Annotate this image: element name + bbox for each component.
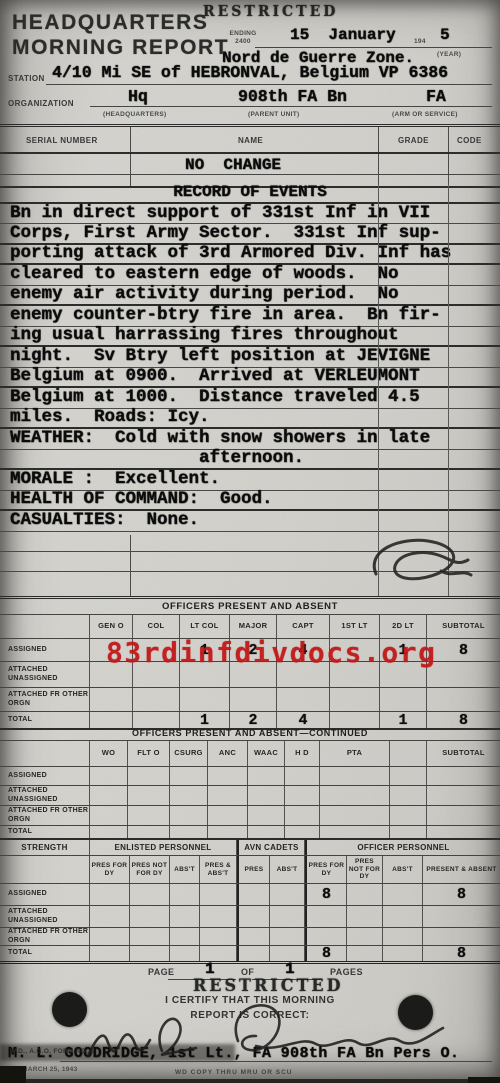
officers-continued-table: OFFICERS PRESENT AND ABSENT—CONTINUED WO… — [0, 727, 500, 840]
sub-parent-unit: (PARENT UNIT) — [248, 111, 299, 119]
officers-col: COL — [133, 615, 180, 638]
events-line: night. Sv Btry left position at JEVIGNE — [0, 347, 500, 368]
org-arm: FA — [426, 87, 446, 106]
officers-col: MAJOR — [230, 615, 277, 638]
events-blank-row — [0, 572, 500, 592]
scan-bottom-edge — [0, 1079, 500, 1083]
report-date: 15 January — [290, 26, 396, 44]
officers-col: GEN O — [90, 615, 133, 638]
events-vline-2 — [448, 183, 449, 596]
form-title: HEADQUARTERS MORNING REPORT — [12, 10, 229, 60]
events-line: miles. Roads: Icy. — [0, 409, 500, 430]
strength-group-avn: AVN CADETS — [237, 840, 305, 855]
officers-continued-attached-fr-row: ATTACHED FR OTHER ORGN — [0, 806, 500, 826]
strength-attached-fr-row: ATTACHED FR OTHER ORGN — [0, 928, 500, 946]
roster-col-grade: GRADE — [398, 136, 429, 145]
events-line: porting attack of 3rd Armored Div. Inf h… — [0, 245, 500, 266]
org-parent-unit: 908th FA Bn — [238, 87, 347, 106]
sub-headquarters: (HEADQUARTERS) — [103, 111, 166, 119]
officers-col: 1ST LT — [330, 615, 380, 638]
officers-continued-header-row: WO FLT O CSURG ANC WAAC H D PTA SUBTOTAL — [0, 741, 500, 767]
events-blank-row — [0, 532, 500, 552]
copy-note: WD COPY THRU MRU OR SCU — [175, 1069, 293, 1077]
officers-continued-assigned-row: ASSIGNED — [0, 767, 500, 786]
year-label: (YEAR) — [437, 51, 461, 59]
roster-col-serial: SERIAL NUMBER — [26, 136, 98, 145]
events-title: RECORD OF EVENTS — [173, 183, 327, 202]
events-blank-row — [0, 552, 500, 572]
form-title-line2: MORNING REPORT — [12, 35, 229, 60]
page-label: PAGE — [148, 967, 174, 977]
form-number: W.D., A.G.O. FORM NO. 1 — [10, 1048, 94, 1056]
events-line: enemy air activity during period. No — [0, 286, 500, 307]
restricted-stamp-top: RESTRICTED — [203, 4, 338, 21]
org-headquarters: Hq — [128, 87, 148, 106]
events-vline-3 — [130, 535, 131, 596]
officers-col: SUBTOTAL — [427, 615, 500, 638]
roster-vline-2 — [378, 127, 379, 186]
events-line: Bn in direct support of 331st Inf in VII — [0, 204, 500, 225]
ending-label: ENDING 2400 — [228, 30, 258, 46]
organization-label: ORGANIZATION — [8, 99, 74, 108]
events-title-row: RECORD OF EVENTS — [0, 183, 500, 204]
strength-table: STRENGTH ENLISTED PERSONNEL AVN CADETS O… — [0, 840, 500, 964]
events-line: MORALE : Excellent. — [0, 470, 500, 491]
sub-arm: (ARM OR SERVICE) — [392, 111, 458, 119]
officers-attached-fr-row: ATTACHED FR OTHER ORGN — [0, 688, 500, 712]
events-line: HEALTH OF COMMAND: Good. — [0, 491, 500, 512]
station-rule — [46, 84, 492, 85]
record-of-events: RECORD OF EVENTS Bn in direct support of… — [0, 183, 500, 596]
roster-col-code: CODE — [457, 136, 482, 145]
form-title-line1: HEADQUARTERS — [12, 10, 229, 35]
officers-col: CAPT — [277, 615, 330, 638]
roster-header-rule — [0, 152, 500, 154]
events-line: WEATHER: Cold with snow showers in late — [0, 429, 500, 450]
strength-title: STRENGTH — [0, 840, 90, 855]
signature-rule — [60, 1061, 492, 1062]
strength-group-officer: OFFICER PERSONNEL — [305, 840, 500, 855]
strength-assigned-row: ASSIGNED 8 8 — [0, 884, 500, 906]
officers-continued-title: OFFICERS PRESENT AND ABSENT—CONTINUED — [0, 727, 500, 740]
station-value: 4/10 Mi SE of HEBRONVAL, Belgium VP 6386 — [52, 63, 448, 82]
events-line: Belgium at 0900. Arrived at VERLEUMONT — [0, 368, 500, 389]
strength-attached-unassigned-row: ATTACHED UNASSIGNED — [0, 906, 500, 928]
roster-col-name: NAME — [238, 136, 263, 145]
punch-hole-left — [52, 992, 87, 1027]
year-prefix: 194 — [414, 38, 426, 46]
organization-rule — [90, 106, 492, 107]
date-rule — [255, 47, 492, 48]
events-line: CASUALTIES: None. — [0, 511, 500, 532]
roster-table: SERIAL NUMBER NAME GRADE CODE NO CHANGE — [0, 124, 500, 188]
events-line: ing usual harrassing fires throughout — [0, 327, 500, 348]
strength-group-row: STRENGTH ENLISTED PERSONNEL AVN CADETS O… — [0, 840, 500, 856]
strength-total-row: TOTAL 8 8 — [0, 946, 500, 964]
punch-hole-right — [398, 995, 433, 1030]
events-vline-1 — [378, 183, 379, 596]
officers-col: LT COL — [180, 615, 230, 638]
officers-col: 2D LT — [380, 615, 427, 638]
events-line: cleared to eastern edge of woods. No — [0, 265, 500, 286]
events-line: Belgium at 1000. Distance traveled 4.5 — [0, 388, 500, 409]
restricted-stamp-bottom: RESTRICTED — [193, 976, 343, 996]
officers-title: OFFICERS PRESENT AND ABSENT — [0, 599, 500, 614]
events-line: enemy counter-btry fire in area. Bn fir- — [0, 306, 500, 327]
events-line: Corps, First Army Sector. 331st Inf sup- — [0, 224, 500, 245]
morning-report-document: HEADQUARTERS MORNING REPORT RESTRICTED E… — [0, 0, 500, 1083]
officers-continued-total-row: TOTAL — [0, 826, 500, 840]
site-watermark: 83rdinfdivdocs.org — [106, 636, 436, 669]
strength-subheader-row: PRES FOR DY PRES NOT FOR DY ABS'T PRES &… — [0, 856, 500, 884]
year-value: 5 — [440, 26, 450, 44]
officers-continued-attached-unassigned-row: ATTACHED UNASSIGNED — [0, 786, 500, 806]
roster-vline-1 — [130, 127, 131, 186]
form-date: MARCH 25, 1943 — [22, 1066, 78, 1074]
roster-vline-3 — [448, 127, 449, 186]
roster-entry-rule — [0, 174, 500, 175]
strength-group-enlisted: ENLISTED PERSONNEL — [90, 840, 237, 855]
station-label: STATION — [8, 74, 45, 83]
roster-entry: NO CHANGE — [185, 156, 281, 174]
events-line: afternoon. — [0, 450, 500, 471]
